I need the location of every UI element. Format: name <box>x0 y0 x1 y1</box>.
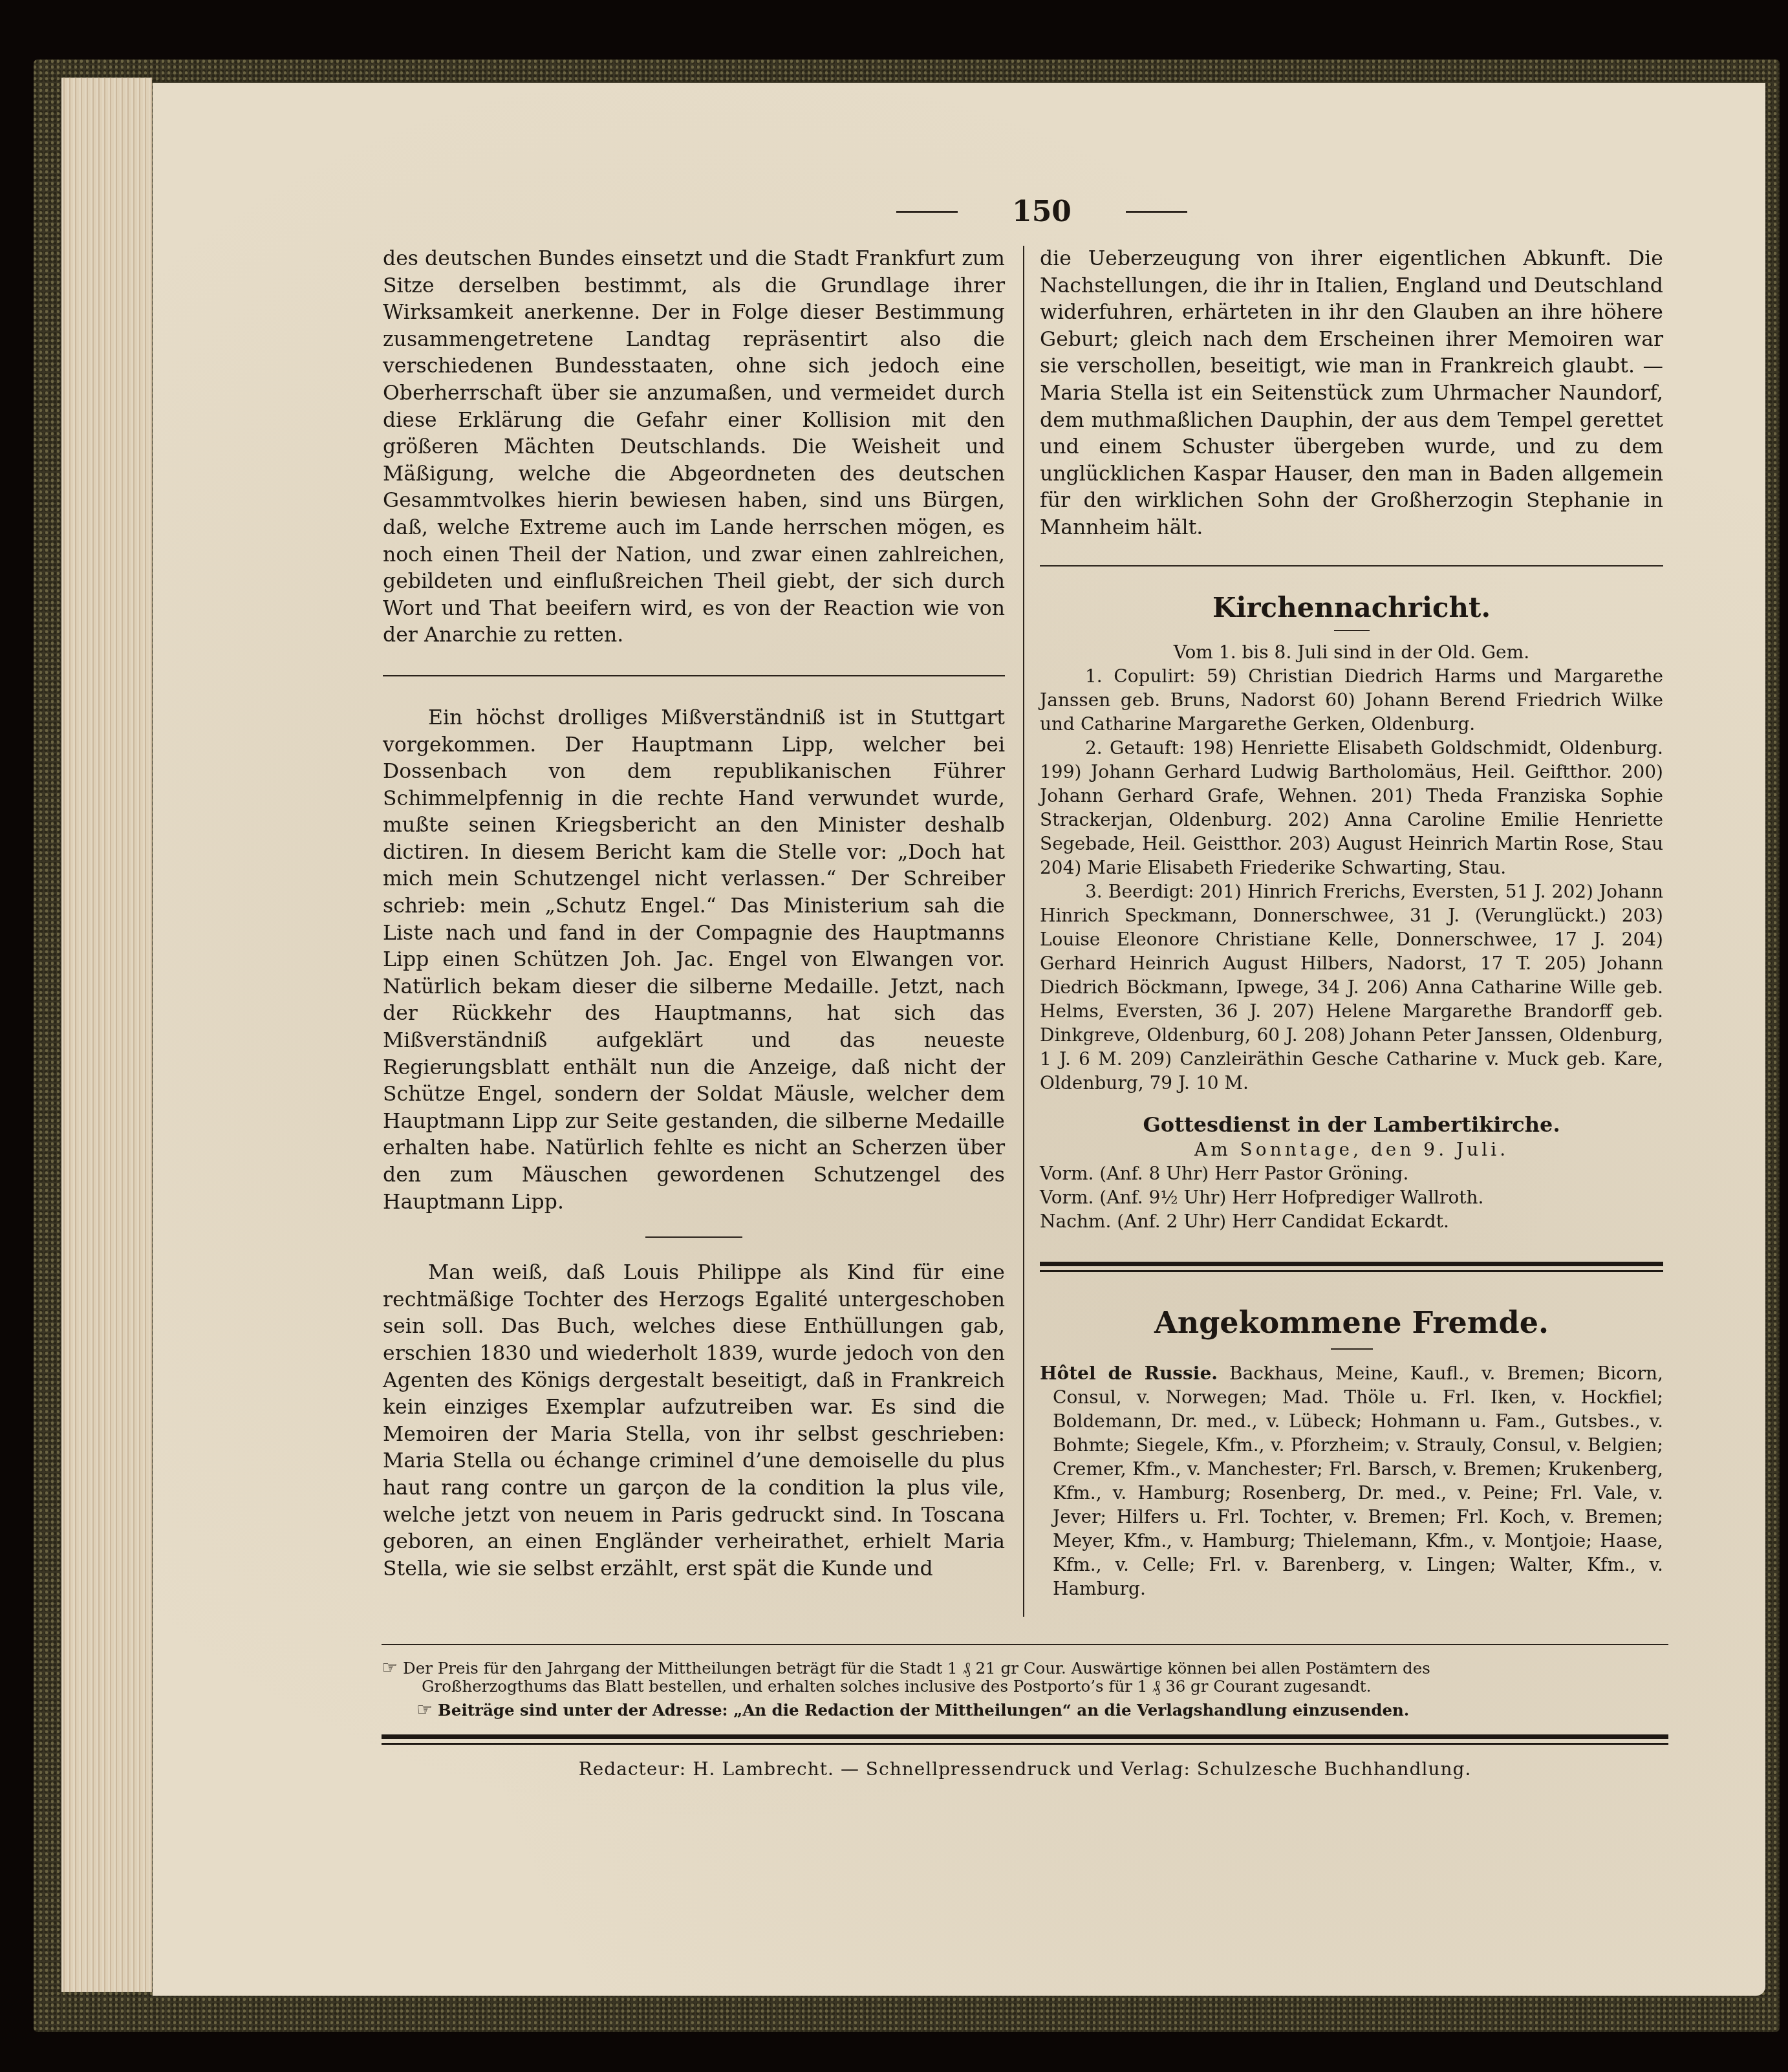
short-divider <box>1331 1348 1373 1350</box>
footer-rule <box>382 1644 1668 1645</box>
short-divider <box>645 1236 742 1238</box>
pointing-hand-icon: ☞ <box>382 1657 398 1678</box>
fremde-title: Angekommene Fremde. <box>1040 1306 1663 1339</box>
rule-right <box>1126 211 1187 213</box>
price-notice-line1: Der Preis für den Jahrgang der Mittheilu… <box>403 1659 1430 1678</box>
gottesdienst-date: Am Sonntage, den 9. Juli. <box>1040 1138 1663 1161</box>
section-divider <box>383 675 1005 676</box>
contribution-notice-text: Beiträge sind unter der Adresse: „An die… <box>438 1701 1409 1720</box>
service-item: Vorm. (Anf. 8 Uhr) Herr Pastor Gröning. <box>1040 1161 1663 1185</box>
pointing-hand-icon: ☞ <box>416 1699 433 1720</box>
kirchen-intro: Vom 1. bis 8. Juli sind in der Old. Gem. <box>1040 640 1663 664</box>
short-divider <box>1334 630 1370 631</box>
article-maria-stella-continued: die Ueberzeugung von ihrer eigentlichen … <box>1040 246 1663 542</box>
double-rule <box>1040 1262 1663 1272</box>
left-column: des deutschen Bundes einsetzt und die St… <box>383 246 1005 1582</box>
kirchennachricht-title: Kirchennachricht. <box>1040 592 1663 623</box>
article-maria-stella: Man weiß, daß Louis Philippe als Kind fü… <box>383 1260 1005 1582</box>
page-header: 150 <box>896 195 1187 228</box>
page-number: 150 <box>1012 195 1072 228</box>
article-schutzengel: Ein höchst drolliges Mißverständniß ist … <box>383 705 1005 1216</box>
footer-notices: ☞Der Preis für den Jahrgang der Mittheil… <box>382 1659 1668 1720</box>
footer-double-rule <box>382 1734 1668 1745</box>
guest-list: Backhaus, Meine, Kaufl., v. Bremen; Bico… <box>1053 1363 1663 1599</box>
kirchen-getauft: 2. Getauft: 198) Henriette Elisabeth Gol… <box>1040 736 1663 880</box>
fremde-list: Hôtel de Russie. Backhaus, Meine, Kaufl.… <box>1040 1361 1663 1601</box>
column-divider <box>1023 246 1024 1617</box>
service-item: Nachm. (Anf. 2 Uhr) Herr Candidat Eckard… <box>1040 1209 1663 1233</box>
article-bundestag-continued: des deutschen Bundes einsetzt und die St… <box>383 246 1005 649</box>
page-edges <box>61 78 152 1992</box>
right-column: die Ueberzeugung von ihrer eigentlichen … <box>1040 246 1663 1601</box>
gottesdienst-title: Gottesdienst in der Lambertikirche. <box>1040 1112 1663 1138</box>
imprint: Redacteur: H. Lambrecht. — Schnellpresse… <box>382 1760 1668 1778</box>
section-divider <box>1040 565 1663 567</box>
rule-left <box>896 211 958 213</box>
price-notice: ☞Der Preis für den Jahrgang der Mittheil… <box>382 1659 1668 1678</box>
service-item: Vorm. (Anf. 9½ Uhr) Herr Hofprediger Wal… <box>1040 1185 1663 1209</box>
hotel-name: Hôtel de Russie. <box>1040 1363 1218 1384</box>
contribution-notice: ☞Beiträge sind unter der Adresse: „An di… <box>382 1701 1668 1720</box>
kirchen-beerdigt: 3. Beerdigt: 201) Hinrich Frerichs, Ever… <box>1040 880 1663 1095</box>
price-notice-line2: Großherzogthums das Blatt bestellen, und… <box>382 1678 1668 1696</box>
kirchen-copulirt: 1. Copulirt: 59) Christian Diedrich Harm… <box>1040 664 1663 736</box>
